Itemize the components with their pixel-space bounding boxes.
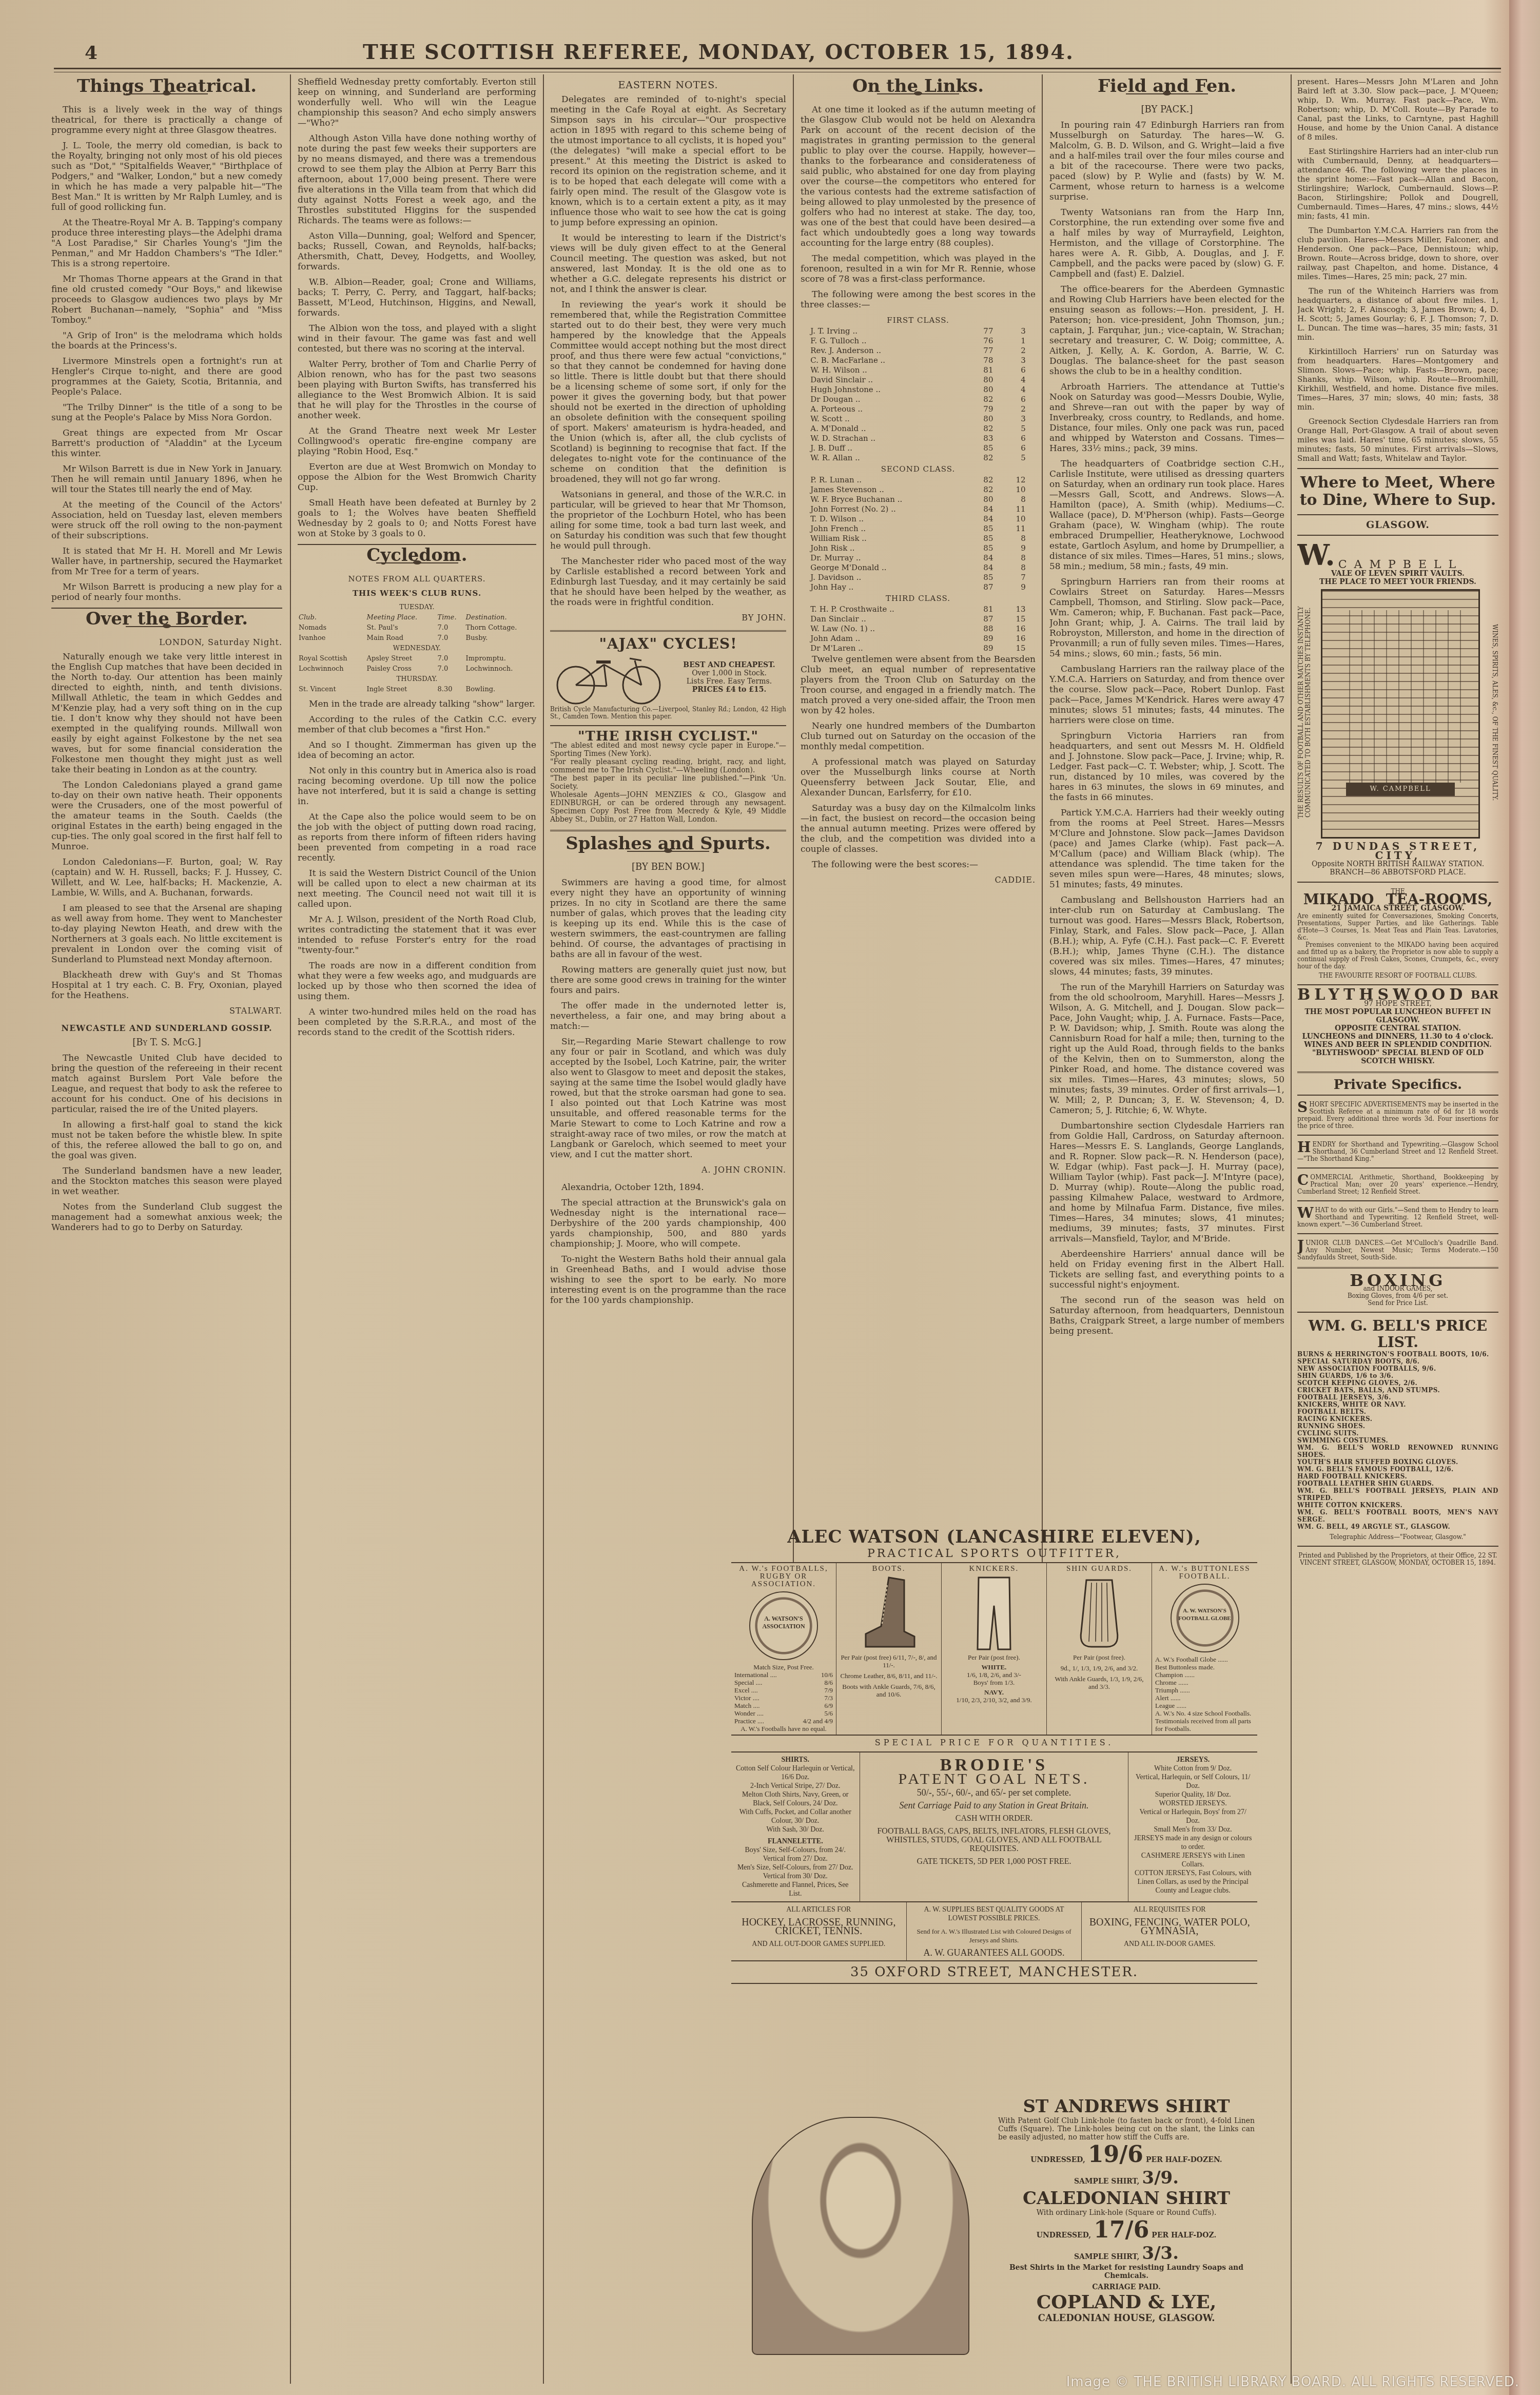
section-rule: [1297, 1233, 1498, 1234]
article-paragraph: Notes from the Sunderland Club suggest t…: [51, 1202, 282, 1233]
dateline: Alexandria, October 12th, 1894.: [550, 1182, 786, 1193]
article-paragraph: To-night the Western Baths hold their an…: [550, 1254, 786, 1306]
classified-ad: WHAT to do with our Girls."—Send them to…: [1297, 1206, 1498, 1228]
section-heading-eastern-notes: EASTERN NOTES.: [550, 80, 786, 90]
classified-text: HORT SPECIFIC ADVERTISEMENTS may be inse…: [1297, 1101, 1498, 1130]
building-illustration-icon: W. CAMPBELL: [1321, 589, 1480, 839]
column-header: Club.: [298, 613, 366, 623]
section-heading-cycledom: Cycledom.: [298, 550, 536, 560]
article-paragraph: Blackheath drew with Guy's and St Thomas…: [51, 970, 282, 1001]
handicap: 6: [993, 395, 1026, 404]
player-name: C. B. MacFarlane ..: [810, 356, 961, 365]
boot-icon: [861, 1575, 917, 1652]
ad-footer: THE FAVOURITE RESORT OF FOOTBALL CLUBS.: [1297, 972, 1498, 979]
where-to-meet-heading: Where to Meet, Where to Dine, Where to S…: [1297, 474, 1498, 509]
classified-text: ENDRY for Shorthand and Typewriting.—Gla…: [1297, 1141, 1498, 1162]
article-paragraph: At one time it looked as if the autumn m…: [801, 105, 1036, 248]
gross-score: 80: [961, 495, 993, 504]
handicap: 6: [993, 365, 1026, 375]
article-paragraph: The headquarters of Coatbridge section C…: [1049, 459, 1284, 572]
column-divider: [1042, 74, 1043, 1563]
handicap: 8: [993, 495, 1026, 504]
article-paragraph: Walter Perry, brother of Tom and Charlie…: [298, 359, 536, 421]
ad-line: Over 1,000 in Stock.: [672, 669, 786, 677]
article-paragraph: Arbroath Harriers. The attendance at Tut…: [1049, 382, 1284, 454]
article-paragraph: Delegates are reminded of to-night's spe…: [550, 94, 786, 228]
ornament-divider: [126, 93, 208, 98]
panel-line: With Cuffs, Pocket, and Collar another C…: [735, 1808, 855, 1825]
gross-score: 79: [961, 404, 993, 414]
handicap: 16: [993, 624, 1026, 634]
product-grid: A. W.'s FOOTBALLS, RUGBY OR ASSOCIATION.…: [731, 1562, 1257, 1735]
article-paragraph: Twenty Watsonians ran from the Harp Inn,…: [1049, 207, 1284, 279]
price-value: 8/6: [824, 1679, 833, 1686]
gross-score: 80: [961, 414, 993, 424]
score-row: John Forrest (No. 2) ..8411: [810, 504, 1026, 514]
product-knickers: KNICKERS. Per Pair (post free). WHITE. 1…: [942, 1563, 1047, 1735]
price-row: Champion ......: [1155, 1671, 1254, 1679]
portrait-illustration-icon: [752, 2117, 969, 2355]
player-name: Dan Sinclair ..: [810, 614, 961, 624]
ad-name: CAMPBELL: [1338, 560, 1464, 570]
price-list-item: HARD FOOTBALL KNICKERS.: [1297, 1473, 1498, 1480]
article-paragraph: Men in the trade are already talking "sh…: [298, 699, 536, 709]
section-heading-over-the-border: Over the Border.: [51, 614, 282, 624]
panel-line: WORSTED JERSEYS.: [1133, 1799, 1253, 1808]
bicycle-illustration-icon: [550, 649, 668, 706]
price-list-item: WM. G. BELL'S WORLD RENOWNED RUNNING SHO…: [1297, 1444, 1498, 1458]
panel-line: Cashmerette and Flannel, Prices, See Lis…: [735, 1881, 855, 1898]
ornament-divider: [627, 851, 709, 855]
gross-score: 89: [961, 634, 993, 644]
article-paragraph: present. Hares—Messrs John M'Laren and J…: [1297, 77, 1498, 142]
product-footer: A. W.'s Footballs have no equal.: [734, 1725, 833, 1732]
gross-score: 82: [961, 424, 993, 434]
run-destination: Bowling.: [465, 685, 536, 695]
page-binding-edge: [1509, 0, 1540, 2395]
product-line: Boots with Ankle Guards, 7/6, 8/6, and 1…: [840, 1683, 938, 1698]
outdoor-games-panel: ALL ARTICLES FOR HOCKEY, LACROSSE, RUNNI…: [731, 1902, 907, 1960]
product-label: KNICKERS.: [945, 1565, 1043, 1573]
score-row: Hugh Johnstone ..804: [810, 385, 1026, 395]
price-prefix: UNDRESSED,: [1037, 2231, 1091, 2240]
section-heading-private-specifics: Private Specifics.: [1297, 1080, 1498, 1089]
article-paragraph: Partick Y.M.C.A. Harriers had their week…: [1049, 808, 1284, 890]
ornament-divider: [126, 626, 208, 630]
ad-title: BAR: [1471, 990, 1498, 1000]
shirt-description: With ordinary Link-hole (Square or Round…: [998, 2209, 1255, 2217]
article-paragraph: Mr Thomas Thorne appears at the Grand in…: [51, 274, 282, 325]
article-paragraph: The following were the best scores:—: [801, 860, 1036, 870]
product-line: 1/10, 2/3, 2/10, 3/2, and 3/9.: [945, 1696, 1043, 1704]
gross-score: 80: [961, 385, 993, 395]
price-list-item: YOUTH'S HAIR STUFFED BOXING GLOVES.: [1297, 1458, 1498, 1466]
panel-title: BRODIE'S: [864, 1761, 1124, 1769]
price-list: International ....10/6Special ....8/6Exc…: [734, 1671, 833, 1725]
run-destination: Impromptu.: [465, 654, 536, 664]
third-class-scores-table: T. H. P. Crosthwaite ..8113Dan Sinclair …: [810, 605, 1026, 653]
product-shin-guards: SHIN GUARDS. Per Pair (post free). 9d., …: [1047, 1563, 1152, 1735]
ad-line: BEST AND CHEAPEST.: [672, 661, 786, 669]
panel-subt: PATENT GOAL NETS.: [864, 1775, 1124, 1783]
article-paragraph: The office-bearers for the Aberdeen Gymn…: [1049, 284, 1284, 377]
gross-score: 84: [961, 553, 993, 563]
subheading: NOTES FROM ALL QUARTERS.: [298, 574, 536, 584]
run-place: Main Road: [366, 633, 437, 644]
shirt-title: ST ANDREWS SHIRT: [998, 2096, 1255, 2117]
article-paragraph: It is stated that Mr H. H. Morell and Mr…: [51, 546, 282, 577]
price-value: 6/9: [824, 1702, 833, 1709]
gross-score: 84: [961, 514, 993, 524]
panel-main: Send for A. W.'s Illustrated List with C…: [911, 1927, 1078, 1944]
article-paragraph: Springburn Harriers ran from their rooms…: [1049, 577, 1284, 659]
section-rule: [1297, 1095, 1498, 1096]
dateline: LONDON, Saturday Night.: [51, 637, 282, 648]
run-time: 7.0: [437, 623, 465, 633]
article-paragraph: A winter two-hundred miles held on the r…: [298, 1007, 536, 1038]
product-line: 1/6, 1/8, 2/6, and 3/-: [945, 1671, 1043, 1679]
gross-score: 82: [961, 453, 993, 463]
football-icon: A. WATSON'S ASSOCIATION: [749, 1591, 818, 1660]
player-name: A. Porteous ..: [810, 404, 961, 414]
price-list: BURNS & HERRINGTON'S FOOTBALL BOOTS, 10/…: [1297, 1351, 1498, 1530]
column-6: present. Hares—Messrs John M'Laren and J…: [1297, 77, 1498, 2376]
article-paragraph: London Caledonians—F. Burton, goal; W. R…: [51, 857, 282, 898]
article-paragraph: In reviewing the year's work it should b…: [550, 300, 786, 484]
run-club: St. Vincent: [298, 685, 366, 695]
article-paragraph: Twelve gentlemen were absent from the Be…: [801, 654, 1036, 716]
product-label: A. W.'s FOOTBALLS, RUGBY OR ASSOCIATION.: [734, 1565, 833, 1588]
price-row: Victor ....7/3: [734, 1694, 833, 1702]
section-rule: [1297, 514, 1498, 515]
article-paragraph: At the Theatre-Royal Mr A. B. Tapping's …: [51, 218, 282, 269]
club-runs-table: TUESDAY. Club. Meeting Place. Time. Dest…: [298, 602, 536, 695]
article-paragraph: Kirkintilloch Harriers' run on Saturday …: [1297, 347, 1498, 412]
handicap: 3: [993, 414, 1026, 424]
handicap: 6: [993, 443, 1026, 453]
drop-cap: J: [1297, 1239, 1304, 1253]
price-row: Excel ....7/9: [734, 1686, 833, 1694]
price-value: 3/9.: [1142, 2168, 1179, 2188]
player-name: Dr. Murray ..: [810, 553, 961, 563]
player-name: John Adam ..: [810, 634, 961, 644]
gross-score: 85: [961, 573, 993, 582]
panel-line: Boys' Size, Self-Colours, from 24/.: [735, 1846, 855, 1855]
shirt-ad-text: ST ANDREWS SHIRT With Patent Golf Club L…: [998, 2096, 1255, 2324]
indoor-games-panel: ALL REQUISITES FOR BOXING, FENCING, WATE…: [1082, 1902, 1257, 1960]
article-paragraph: Rowing matters are generally quiet just …: [550, 965, 786, 996]
maker-address: CALEDONIAN HOUSE, GLASGOW.: [998, 2313, 1255, 2324]
shirt-description: With Patent Golf Club Link-hole (to fast…: [998, 2117, 1255, 2141]
shirt-line: CARRIAGE PAID.: [998, 2283, 1255, 2291]
irish-cyclist-ad: "THE IRISH CYCLIST." "The ablest edited …: [550, 731, 786, 824]
drop-cap: H: [1297, 1141, 1311, 1154]
section-rule: [1297, 535, 1498, 536]
run-place: Ingle Street: [366, 685, 437, 695]
ad-title: BOXING: [1297, 1276, 1498, 1285]
article-paragraph: At the Cape also the police would seem t…: [298, 812, 536, 863]
column-header: Destination.: [465, 613, 536, 623]
jerseys-panel: JERSEYS. White Cotton from 9/ Doz.Vertic…: [1128, 1753, 1257, 1901]
ad-line: "The ablest edited and most newsy cycle …: [550, 742, 786, 758]
article-paragraph: Swimmers are having a good time, for alm…: [550, 878, 786, 960]
ad-initial: W.: [1297, 541, 1335, 570]
knickers-icon: [973, 1575, 1015, 1652]
panel-label: SHIRTS.: [735, 1756, 855, 1764]
table-row: NomadsSt. Paul's7.0Thorn Cottage.: [298, 623, 536, 633]
imprint: Printed and Published by the Proprietors…: [1297, 1552, 1498, 1566]
price-prefix: SAMPLE SHIRT,: [1074, 2253, 1139, 2261]
handicap: 7: [993, 573, 1026, 582]
ad-headline: "AJAX" CYCLES!: [550, 639, 786, 649]
article-paragraph: Sir,—Regarding Marie Stewart challenge t…: [550, 1037, 786, 1160]
byline: [BY PACK.]: [1049, 105, 1284, 115]
ad-body: Premises convenient to the MIKADO having…: [1297, 941, 1498, 970]
panel-line: ALL ARTICLES FOR: [735, 1905, 902, 1914]
player-name: John French ..: [810, 524, 961, 534]
run-club: Nomads: [298, 623, 366, 633]
run-destination: Lochwinnoch.: [465, 664, 536, 674]
price-row: International ....10/6: [734, 1671, 833, 1679]
price-value: 3/3.: [1142, 2243, 1179, 2264]
panel-line: Sent Carriage Paid to any Station in Gre…: [864, 1801, 1124, 1810]
product-buttonless-football: A. W.'s BUTTONLESS FOOTBALL. A. W. WATSO…: [1152, 1563, 1257, 1735]
price-name: International ....: [734, 1671, 777, 1679]
price-suffix: PER HALF-DOZEN.: [1146, 2156, 1222, 2164]
player-name: F. G. Tulloch ..: [810, 336, 961, 346]
ad-line: Opposite NORTH BRITISH RAILWAY STATION.: [1297, 860, 1498, 868]
score-row: J. B. Duff ..856: [810, 443, 1026, 453]
score-row: T. H. P. Crosthwaite ..8113: [810, 605, 1026, 614]
article-paragraph: At the Grand Theatre next week Mr Lester…: [298, 426, 536, 457]
score-row: T. D. Wilson ..8410: [810, 514, 1026, 524]
ad-line: and INDOOR GAMES,: [1297, 1285, 1498, 1292]
panel-line: A. W. GUARANTEES ALL GOODS.: [911, 1949, 1078, 1957]
article-paragraph: Aberdeenshire Harriers' annual dance wil…: [1049, 1249, 1284, 1290]
article-paragraph: Livermore Minstrels open a fortnight's r…: [51, 356, 282, 397]
article-paragraph: The roads are now in a different conditi…: [298, 961, 536, 1002]
ad-line: THE MOST POPULAR LUNCHEON BUFFET IN GLAS…: [1297, 1008, 1498, 1024]
player-name: J. B. Duff ..: [810, 443, 961, 453]
run-club: Lochwinnoch: [298, 664, 366, 674]
ad-line: "The best paper in its peculiar line pub…: [550, 774, 786, 791]
signature: BY JOHN.: [550, 613, 786, 623]
article-paragraph: W.B. Albion—Reader, goal; Crone and Will…: [298, 277, 536, 318]
ad-line: LUNCHEONS and DINNERS, 11.30 to 4 o'cloc…: [1297, 1033, 1498, 1041]
panel-line: AND ALL IN-DOOR GAMES.: [1086, 1940, 1253, 1949]
ad-line: Lists Free. Easy Terms.: [672, 677, 786, 686]
run-destination: Thorn Cottage.: [465, 623, 536, 633]
ad-side-text: WINES, SPIRITS, ALES, &c., OF THE FINEST…: [1483, 589, 1498, 835]
panel-label: JERSEYS.: [1133, 1756, 1253, 1764]
product-line: Chrome Leather, 8/6, 8/11, and 11/-.: [840, 1672, 938, 1680]
price-row: Triumph ......: [1155, 1686, 1254, 1694]
product-line: WHITE.: [945, 1663, 1043, 1671]
handicap: 15: [993, 614, 1026, 624]
run-club: Ivanhoe: [298, 633, 366, 644]
ad-row-articles: ALL ARTICLES FOR HOCKEY, LACROSSE, RUNNI…: [731, 1901, 1257, 1960]
ad-line: WINES AND BEER IN SPLENDID CONDITION.: [1297, 1041, 1498, 1049]
article-paragraph: According to the rules of the Catkin C.C…: [298, 714, 536, 735]
column-header: Time.: [437, 613, 465, 623]
drop-cap: S: [1297, 1101, 1308, 1114]
price-row: Special ....8/6: [734, 1679, 833, 1686]
column-4: On the Links. At one time it looked as i…: [801, 77, 1036, 1524]
price-name: Special ....: [734, 1679, 763, 1686]
panel-line: 2-Inch Vertical Stripe, 27/ Doz.: [735, 1782, 855, 1790]
price-list: A. W.'s Football Globe ......Best Button…: [1155, 1656, 1254, 1732]
ad-line: BRANCH—86 ABBOTSFORD PLACE.: [1297, 868, 1498, 877]
panel-line: Melton Cloth Shirts, Navy, Green, or Bla…: [735, 1790, 855, 1808]
panel-line: White Cotton from 9/ Doz.: [1133, 1764, 1253, 1773]
panel-main: BOXING, FENCING, WATER POLO, GYMNASIA,: [1086, 1918, 1253, 1936]
panel-line: Vertical, Harlequin, or Self Colours, 11…: [1133, 1773, 1253, 1790]
shirt-title: CALEDONIAN SHIRT: [998, 2188, 1255, 2209]
section-rule: [1297, 882, 1498, 883]
article-paragraph: The Sunderland bandsmen have a new leade…: [51, 1166, 282, 1197]
price-row: Best Buttonless made.: [1155, 1663, 1254, 1671]
article-paragraph: The second run of the season was held on…: [1049, 1295, 1284, 1336]
panel-line: Vertical from 27/ Doz.: [735, 1855, 855, 1863]
product-note: Match Size, Post Free.: [734, 1663, 833, 1671]
product-line: Per Pair (post free).: [1050, 1653, 1148, 1661]
handicap: 16: [993, 634, 1026, 644]
section-heading-splashes-and-spurts: Splashes and Spurts.: [550, 839, 786, 849]
blythswood-bar-ad: BLYTHSWOOD BAR 97 HOPE STREET, THE MOST …: [1297, 990, 1498, 1065]
gross-score: 82: [961, 485, 993, 495]
ad-line: Boxing Gloves, from 4/6 per set.: [1297, 1292, 1498, 1299]
wm-g-bell-price-list-ad: WM. G. BELL'S PRICE LIST. BURNS & HERRIN…: [1297, 1318, 1498, 1566]
classified-ad: HENDRY for Shorthand and Typewriting.—Gl…: [1297, 1141, 1498, 1162]
price-row: Wonder ....5/6: [734, 1709, 833, 1717]
handicap: 3: [993, 326, 1026, 336]
score-row: John Risk ..859: [810, 543, 1026, 553]
score-row: John Hay ..879: [810, 582, 1026, 592]
article-paragraph: A professional match was played on Satur…: [801, 757, 1036, 798]
article-paragraph: The Dumbarton Y.M.C.A. Harriers ran from…: [1297, 226, 1498, 281]
price-name: Victor ....: [734, 1694, 759, 1702]
classified-text: UNIOR CLUB DANCES.—Get M'Culloch's Quadr…: [1297, 1239, 1498, 1261]
score-row: W. R. Allan ..825: [810, 453, 1026, 463]
article-paragraph: "The Trilby Dinner" is the title of a so…: [51, 402, 282, 423]
run-club: Royal Scottish: [298, 654, 366, 664]
price-value: 19/6: [1088, 2141, 1143, 2168]
score-row: Rev. J. Anderson ..772: [810, 346, 1026, 356]
shin-guard-icon: [1071, 1575, 1127, 1652]
price-list-item: WM. G. BELL, 49 ARGYLE ST., GLASGOW.: [1297, 1523, 1498, 1530]
classified-text: OMMERCIAL Arithmetic, Shorthand, Bookkee…: [1297, 1174, 1498, 1195]
article-paragraph: Cambuslang Harriers ran the railway plac…: [1049, 664, 1284, 726]
article-paragraph: The Manchester rider who paced most of t…: [550, 556, 786, 608]
panel-line: Vertical from 30/ Doz.: [735, 1872, 855, 1881]
score-row: J. Davidson ..857: [810, 573, 1026, 582]
drop-cap: C: [1297, 1174, 1309, 1187]
article-paragraph: Mr Wilson Barrett is due in New York in …: [51, 464, 282, 495]
brodies-goal-nets-panel: BRODIE'S PATENT GOAL NETS. 50/-, 55/-, 6…: [860, 1753, 1129, 1901]
price-list-item: RUNNING SHOES.: [1297, 1423, 1498, 1430]
player-name: W. Scott ..: [810, 414, 961, 424]
ad-title: WM. G. BELL'S PRICE LIST.: [1297, 1318, 1498, 1351]
panel-line: With Sash, 30/ Doz.: [735, 1825, 855, 1834]
product-line: Boys' from 1/3.: [945, 1679, 1043, 1686]
score-row: J. T. Irving ..773: [810, 326, 1026, 336]
price-list-item: FOOTBALL LEATHER SHIN GUARDS.: [1297, 1480, 1498, 1487]
handicap: 4: [993, 385, 1026, 395]
ad-line: "BLYTHSWOOD" SPECIAL BLEND OF OLD SCOTCH…: [1297, 1049, 1498, 1065]
price-value: 10/6: [821, 1671, 833, 1679]
article-paragraph: Dumbartonshire section Clydesdale Harrie…: [1049, 1121, 1284, 1244]
player-name: P. R. Lunan ..: [810, 475, 961, 485]
column-divider: [543, 74, 544, 2384]
panel-line: CASHMERE JERSEYS with Linen Collars.: [1133, 1852, 1253, 1869]
score-row: W. D. Strachan ..836: [810, 434, 1026, 443]
player-name: W. Law (No. 1) ..: [810, 624, 961, 634]
ad-line: Send for Price List.: [1297, 1299, 1498, 1307]
price-list-item: SWIMMING COSTUMES.: [1297, 1437, 1498, 1444]
article-paragraph: Not only in this country but in America …: [298, 766, 536, 807]
guarantee-panel: A. W. SUPPLIES BEST QUALITY GOODS AT LOW…: [907, 1902, 1082, 1960]
article-paragraph: Aston Villa—Dunning, goal; Welford and S…: [298, 231, 536, 272]
score-row: W. Law (No. 1) ..8816: [810, 624, 1026, 634]
panel-line: AND ALL OUT-DOOR GAMES SUPPLIED.: [735, 1940, 902, 1949]
article-paragraph: Saturday was a busy day on the Kilmalcol…: [801, 803, 1036, 854]
column-divider: [1291, 74, 1292, 2384]
price-row: League ......: [1155, 1702, 1254, 1709]
price-prefix: SAMPLE SHIRT,: [1074, 2177, 1139, 2186]
panel-line: JERSEYS made in any design or colours to…: [1133, 1834, 1253, 1852]
panel-line: Vertical or Harlequin, Boys' from 27/ Do…: [1133, 1808, 1253, 1825]
article-paragraph: Cambuslang and Bellshouston Harriers had…: [1049, 895, 1284, 977]
panel-line: Superior Quality, 18/ Doz.: [1133, 1790, 1253, 1799]
column-5: Field and Fen. [BY PACK.] In pouring rai…: [1049, 77, 1284, 1524]
ajax-cycles-ad: "AJAX" CYCLES! BEST AND CHEAPEST. Over 1…: [550, 639, 786, 720]
section-heading-field-and-fen: Field and Fen.: [1049, 81, 1284, 91]
handicap: 11: [993, 524, 1026, 534]
score-row: C. B. MacFarlane ..783: [810, 356, 1026, 365]
score-row: A. M'Donald ..825: [810, 424, 1026, 434]
ad-headline: "THE IRISH CYCLIST.": [550, 731, 786, 742]
gross-score: 85: [961, 534, 993, 543]
panel-line: Cotton Self Colour Harlequin or Vertical…: [735, 1764, 855, 1782]
player-name: John Hay ..: [810, 582, 961, 592]
article-paragraph: Small Heath have been defeated at Burnle…: [298, 498, 536, 539]
handicap: 10: [993, 514, 1026, 524]
price-list-item: WM. G. BELL'S FOOTBALL JERSEYS, PLAIN AN…: [1297, 1487, 1498, 1502]
run-destination: Busby.: [465, 633, 536, 644]
article-paragraph: The London Caledonians played a grand ga…: [51, 780, 282, 852]
player-name: W. R. Allan ..: [810, 453, 961, 463]
article-paragraph: Naturally enough we take very little int…: [51, 652, 282, 775]
player-name: W. H. Wilson ..: [810, 365, 961, 375]
score-row: David Sinclair ..804: [810, 375, 1026, 385]
price-value: 17/6: [1094, 2217, 1149, 2243]
handicap: 5: [993, 453, 1026, 463]
handicap: 6: [993, 434, 1026, 443]
score-row: W. Scott ..803: [810, 414, 1026, 424]
article-paragraph: The special attraction at the Brunswick'…: [550, 1198, 786, 1249]
panel-line: FOOTBALL BAGS, CAPS, BELTS, INFLATORS, F…: [864, 1827, 1124, 1853]
score-row: John Adam ..8916: [810, 634, 1026, 644]
article-paragraph: Watsonians in general, and those of the …: [550, 490, 786, 551]
price-list-item: KNICKERS, WHITE OR NAVY.: [1297, 1401, 1498, 1408]
ad-title: ALEC WATSON (LANCASHIRE ELEVEN),: [731, 1527, 1257, 1547]
article-paragraph: It would be interesting to learn if the …: [550, 233, 786, 295]
ornament-divider: [1126, 93, 1208, 98]
page-number: 4: [85, 42, 98, 64]
player-name: Dr Dougan ..: [810, 395, 961, 404]
article-paragraph: At the meeting of the Council of the Act…: [51, 500, 282, 541]
handicap: 9: [993, 582, 1026, 592]
